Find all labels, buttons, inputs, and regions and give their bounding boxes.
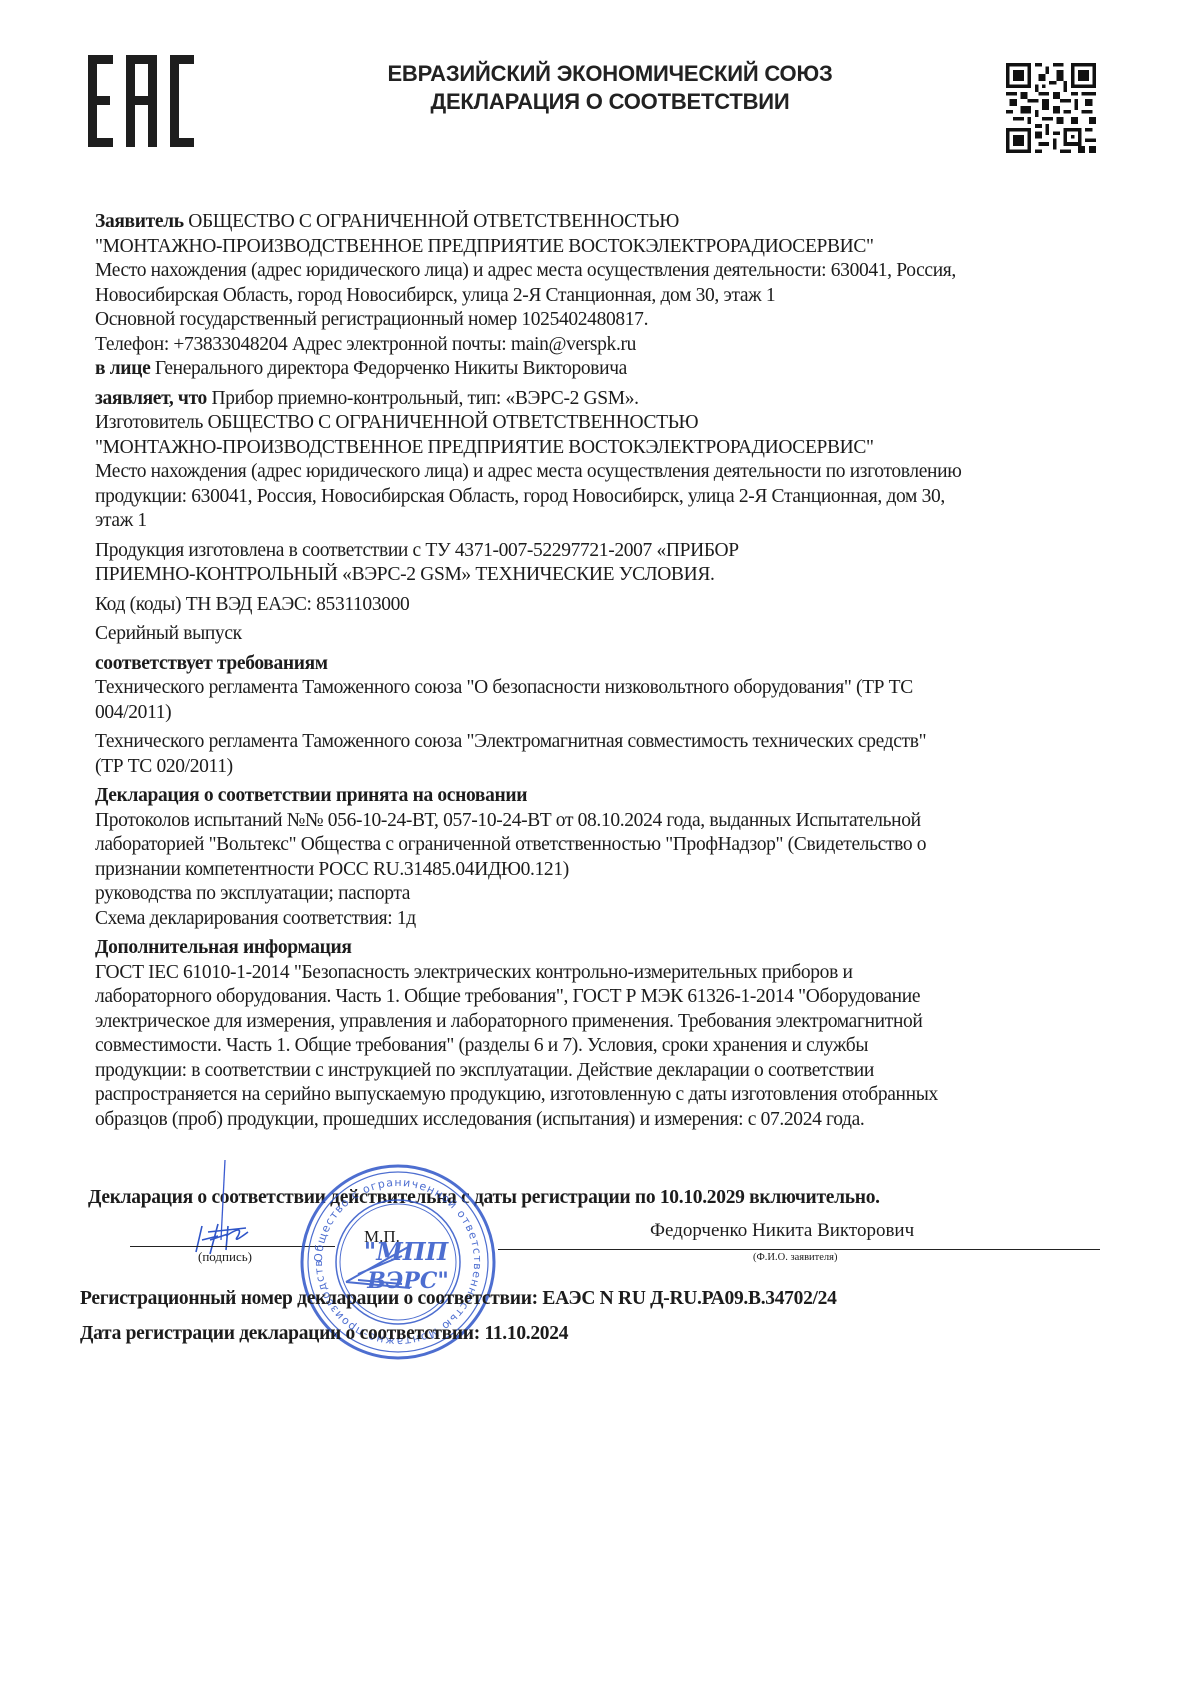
applicant-label: Заявитель [95,211,184,232]
tu-line1: Продукция изготовлена в соответствии с Т… [95,539,1105,564]
declaration-body: Заявитель ОБЩЕСТВО С ОГРАНИЧЕННОЙ ОТВЕТС… [95,210,1105,1132]
signer-name: Федорченко Никита Викторович [650,1220,914,1242]
applicant-address-line1: Место нахождения (адрес юридического лиц… [95,259,1105,284]
basis-line: руководства по эксплуатации; паспорта [95,882,1105,907]
requirement-item-cont: (ТР ТС 020/2011) [95,755,1105,780]
basis-line: Протоколов испытаний №№ 056-10-24-ВТ, 05… [95,809,1105,834]
basis-line: признании компетентности РОСС RU.31485.0… [95,858,1105,883]
requirement-item-cont: 004/2011) [95,701,1105,726]
product-name: Прибор приемно-контрольный, тип: «ВЭРС-2… [207,388,639,409]
requirements-heading: соответствует требованиям [95,652,1105,677]
tn-ved-code: Код (коды) ТН ВЭД ЕАЭС: 8531103000 [95,593,1105,618]
additional-info-line: распространяется на серийно выпускаемую … [95,1083,1105,1108]
registration-number: Регистрационный номер декларации о соотв… [80,1288,837,1310]
basis-line: лабораторией "Вольтекс" Общества с огран… [95,833,1105,858]
applicant-ogrn: Основной государственный регистрационный… [95,308,1105,333]
requirement-item: Технического регламента Таможенного союз… [95,730,1105,755]
tu-line2: ПРИЕМНО-КОНТРОЛЬНЫЙ «ВЭРС-2 GSM» ТЕХНИЧЕ… [95,563,1105,588]
represented-by: Генерального директора Федорченко Никиты… [150,358,627,379]
requirement-item: Технического регламента Таможенного союз… [95,676,1105,701]
declaration-title: ДЕКЛАРАЦИЯ О СООТВЕТСТВИИ [250,88,970,116]
additional-info-line: ГОСТ IEC 61010-1-2014 "Безопасность элек… [95,961,1105,986]
union-name: ЕВРАЗИЙСКИЙ ЭКОНОМИЧЕСКИЙ СОЮЗ [250,60,970,88]
manufacturer-line1: Изготовитель ОБЩЕСТВО С ОГРАНИЧЕННОЙ ОТВ… [95,411,1105,436]
applicant-name: ОБЩЕСТВО С ОГРАНИЧЕННОЙ ОТВЕТСТВЕННОСТЬЮ [184,211,679,232]
manufacturer-address-line3: этаж 1 [95,509,1105,534]
additional-info-section: Дополнительная информация ГОСТ IEC 61010… [95,936,1105,1132]
applicant-contacts: Телефон: +73833048204 Адрес электронной … [95,333,1105,358]
qr-code-icon[interactable] [1006,62,1096,154]
manufacturer-line2: "МОНТАЖНО-ПРОИЗВОДСТВЕННОЕ ПРЕДПРИЯТИЕ В… [95,436,1105,461]
requirements-section: соответствует требованиям Технического р… [95,652,1105,780]
additional-info-line: совместимости. Часть 1. Общие требования… [95,1034,1105,1059]
eac-logo-icon [88,55,194,147]
stamp-text-top: "МПП [364,1237,450,1266]
signer-name-line [498,1249,1100,1250]
declares-label: заявляет, что [95,388,207,409]
document-title: ЕВРАЗИЙСКИЙ ЭКОНОМИЧЕСКИЙ СОЮЗ ДЕКЛАРАЦИ… [250,60,970,116]
additional-info-heading: Дополнительная информация [95,936,1105,961]
series-type: Серийный выпуск [95,622,1105,647]
additional-info-line: лабораторного оборудования. Часть 1. Общ… [95,985,1105,1010]
represented-label: в лице [95,358,150,379]
declaration-scheme: Схема декларирования соответствия: 1д [95,907,1105,932]
additional-info-line: электрическое для измерения, управления … [95,1010,1105,1035]
signer-name-label: (Ф.И.О. заявителя) [753,1252,838,1263]
declaration-document: ЕВРАЗИЙСКИЙ ЭКОНОМИЧЕСКИЙ СОЮЗ ДЕКЛАРАЦИ… [0,0,1190,1684]
additional-info-line: продукции: в соответствии с инструкцией … [95,1059,1105,1084]
basis-section: Декларация о соответствии принята на осн… [95,784,1105,931]
basis-heading: Декларация о соответствии принята на осн… [95,784,1105,809]
applicant-name-line2: "МОНТАЖНО-ПРОИЗВОДСТВЕННОЕ ПРЕДПРИЯТИЕ В… [95,235,1105,260]
product-section: заявляет, что Прибор приемно-контрольный… [95,387,1105,647]
registration-date: Дата регистрации декларации о соответств… [80,1323,568,1345]
applicant-section: Заявитель ОБЩЕСТВО С ОГРАНИЧЕННОЙ ОТВЕТС… [95,210,1105,382]
manufacturer-address-line1: Место нахождения (адрес юридического лиц… [95,460,1105,485]
signature-label: (подпись) [198,1249,252,1265]
additional-info-line: образцов (проб) продукции, прошедших исс… [95,1108,1105,1133]
applicant-address-line2: Новосибирская Область, город Новосибирск… [95,284,1105,309]
manufacturer-address-line2: продукции: 630041, Россия, Новосибирская… [95,485,1105,510]
